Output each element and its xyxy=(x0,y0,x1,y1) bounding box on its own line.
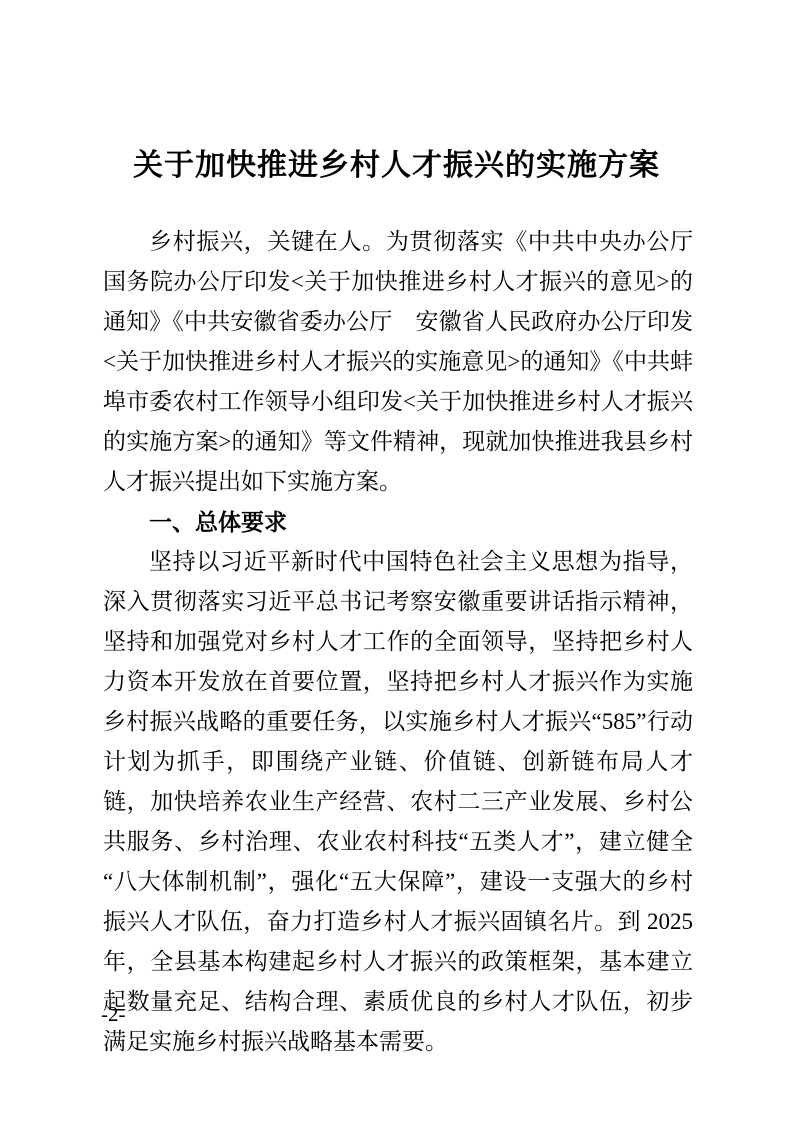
page-number: -2- xyxy=(101,1001,126,1027)
section-heading: 一、总体要求 xyxy=(103,502,693,542)
document-title: 关于加快推进乡村人才振兴的实施方案 xyxy=(0,146,793,186)
document-page: 关于加快推进乡村人才振兴的实施方案 乡村振兴，关键在人。为贯彻落实《中共中央办公… xyxy=(0,0,793,1122)
opening-paragraph: 乡村振兴，关键在人。为贯彻落实《中共中央办公厅 国务院办公厅印发<关于加快推进乡… xyxy=(103,222,693,502)
section-body-paragraph: 坚持以习近平新时代中国特色社会主义思想为指导，深入贯彻落实习近平总书记考察安徽重… xyxy=(103,542,693,1062)
document-body: 乡村振兴，关键在人。为贯彻落实《中共中央办公厅 国务院办公厅印发<关于加快推进乡… xyxy=(103,222,693,1062)
